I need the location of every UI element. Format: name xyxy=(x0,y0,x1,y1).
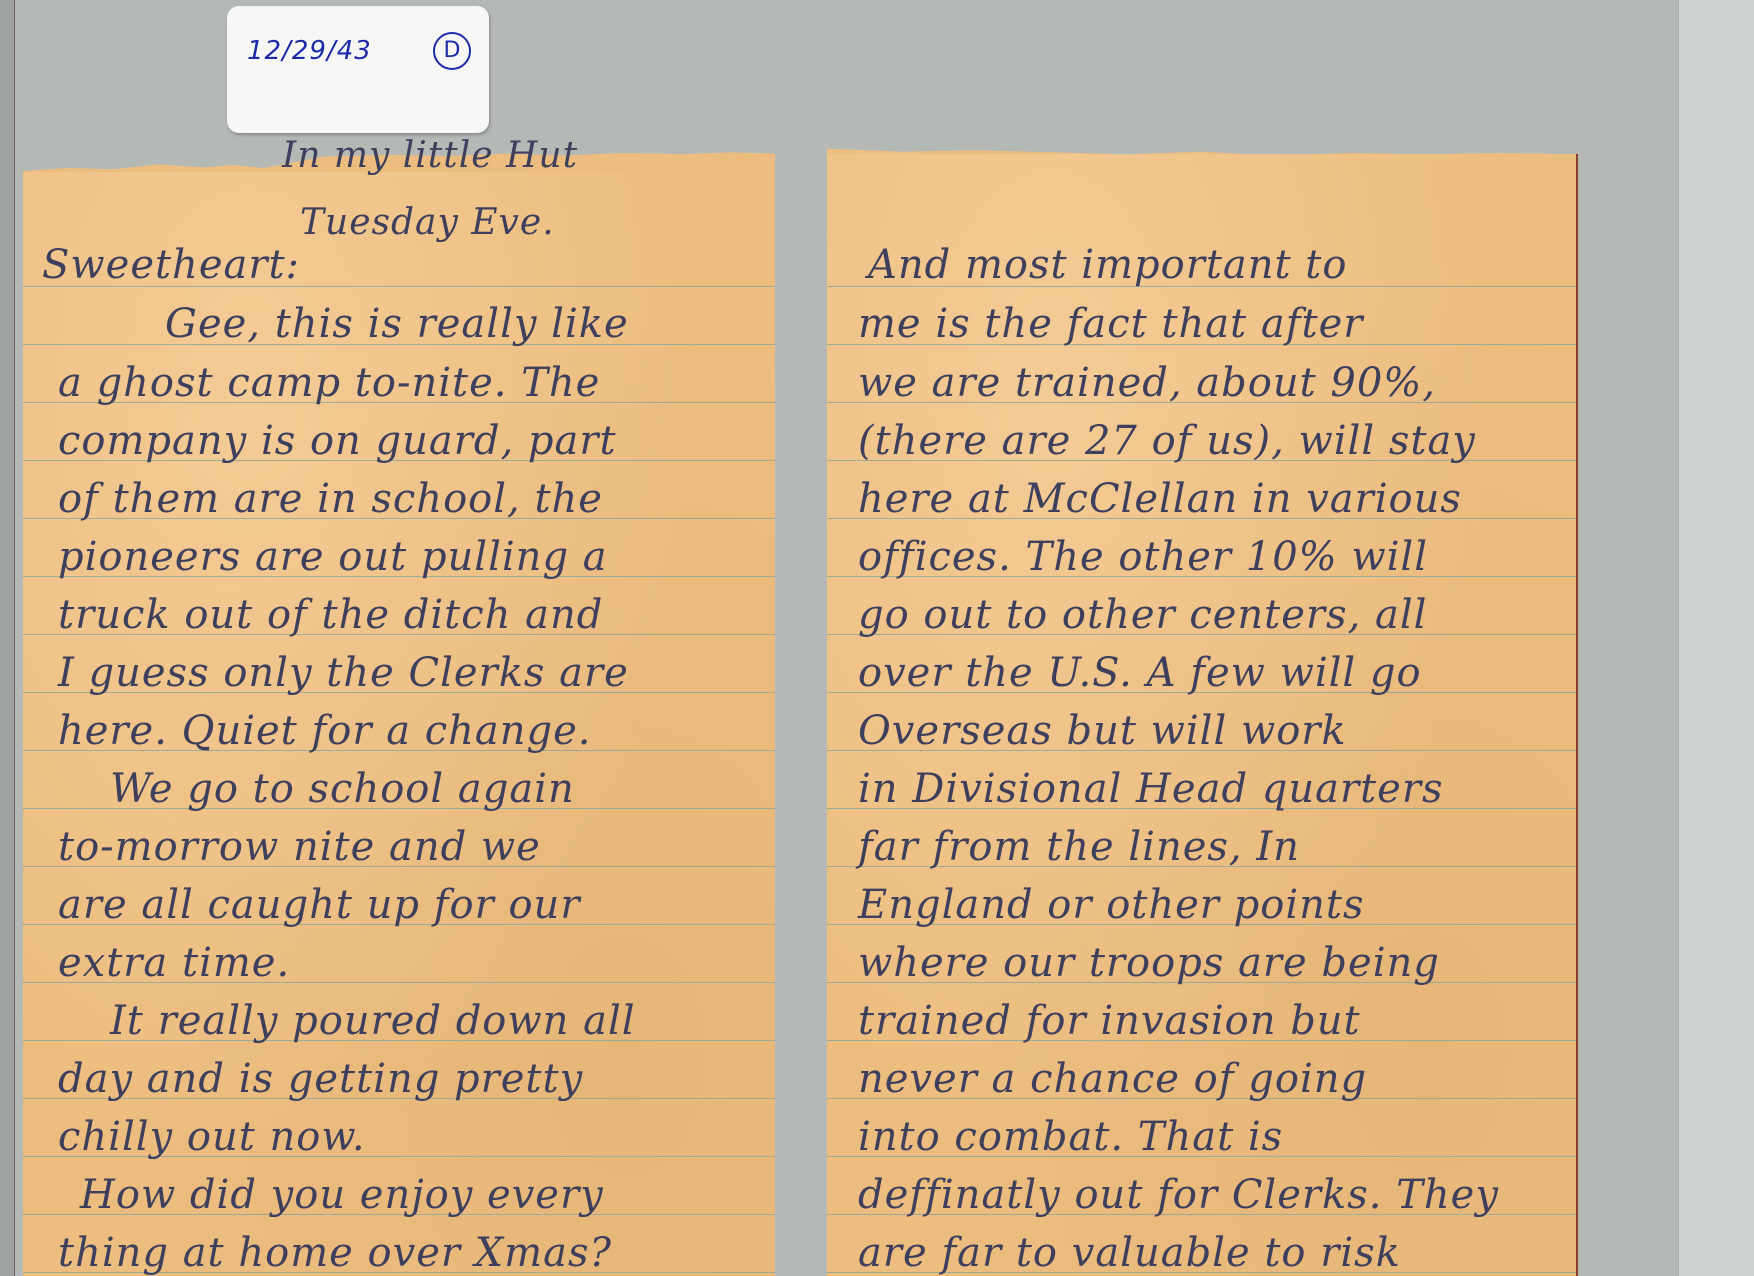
letter-line: And most important to xyxy=(868,242,1347,288)
letter-line: we are trained, about 90%, xyxy=(858,360,1436,406)
letter-line: me is the fact that after xyxy=(858,301,1363,347)
letter-line: where our troops are being xyxy=(858,940,1440,986)
letter-line: truck out of the ditch and xyxy=(58,592,603,638)
letter-line: How did you enjoy every xyxy=(80,1172,604,1218)
letter-line: Overseas but will work xyxy=(858,708,1347,754)
letter-line: thing at home over Xmas? xyxy=(58,1230,612,1276)
letter-line: into combat. That is xyxy=(858,1114,1283,1160)
sleeve-left-edge xyxy=(0,0,15,1276)
letter-line: offices. The other 10% will xyxy=(858,534,1428,580)
letter-line: are all caught up for our xyxy=(58,882,580,928)
letter-line: England or other points xyxy=(858,882,1364,928)
letter-line: It really poured down all xyxy=(110,998,636,1044)
letter-line: (there are 27 of us), will stay xyxy=(858,418,1476,464)
letter-line: day and is getting pretty xyxy=(58,1056,583,1102)
letter-line: Gee, this is really like xyxy=(165,301,629,347)
letter-line: here. Quiet for a change. xyxy=(58,708,592,754)
letter-line: company is on guard, part xyxy=(58,418,617,464)
label-marker: D xyxy=(433,32,471,70)
letter-line: We go to school again xyxy=(110,766,575,812)
label-date: 12/29/43 xyxy=(247,36,372,66)
heading-location: In my little Hut xyxy=(282,135,578,176)
letter-line: are far to valuable to risk xyxy=(858,1230,1401,1276)
letter-line: trained for invasion but xyxy=(858,998,1361,1044)
letter-line: far from the lines, In xyxy=(858,824,1300,870)
letter-line: a ghost camp to-nite. The xyxy=(58,360,600,406)
letter-line: chilly out now. xyxy=(58,1114,366,1160)
letter-line: of them are in school, the xyxy=(58,476,603,522)
archive-label: 12/29/43 D xyxy=(227,6,489,133)
letter-line: never a chance of going xyxy=(858,1056,1367,1102)
letter-line: go out to other centers, all xyxy=(858,592,1427,638)
letter-line: over the U.S. A few will go xyxy=(858,650,1422,696)
letter-line: in Divisional Head quarters xyxy=(858,766,1444,812)
letter-line: deffinatly out for Clerks. They xyxy=(858,1172,1499,1218)
letter-line: extra time. xyxy=(58,940,290,986)
letter-line: Sweetheart: xyxy=(42,242,300,288)
sleeve-right-margin xyxy=(1678,0,1754,1276)
heading-day: Tuesday Eve. xyxy=(300,202,555,243)
letter-line: to-morrow nite and we xyxy=(58,824,541,870)
letter-line: here at McClellan in various xyxy=(858,476,1462,522)
letter-line: I guess only the Clerks are xyxy=(58,650,629,696)
letter-line: pioneers are out pulling a xyxy=(58,534,608,580)
